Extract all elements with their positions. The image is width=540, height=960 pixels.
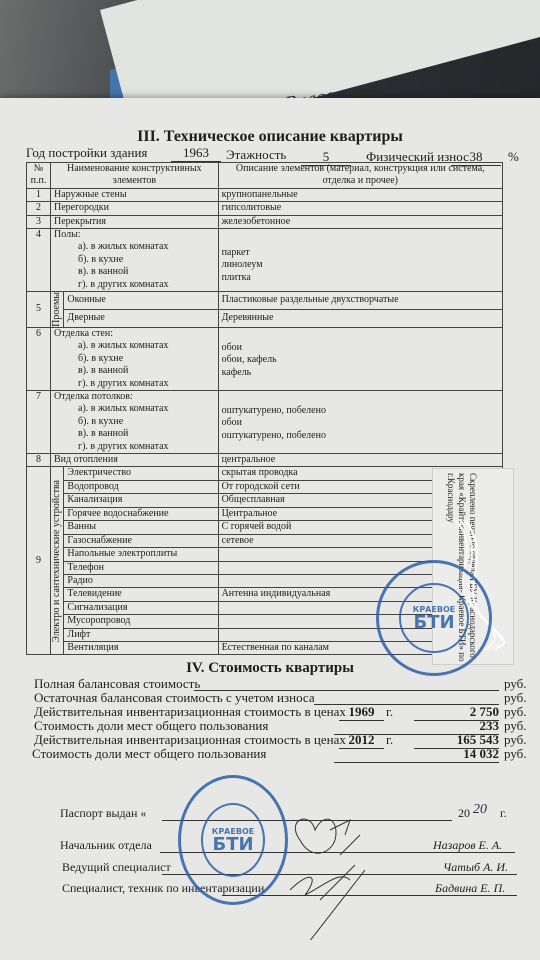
- sub-item: б). в кухне: [54, 353, 215, 365]
- passport-issued-line: Паспорт выдан « 20 20 г.: [60, 806, 146, 821]
- desc-item: линолеум: [222, 259, 499, 271]
- issued-label: Паспорт выдан «: [60, 806, 146, 820]
- header-name: Наименование конструктивных элементов: [51, 163, 219, 189]
- row-name: Отделка стен: а). в жилых комнатах б). в…: [51, 327, 219, 390]
- sub-item: г). в других комнатах: [54, 279, 215, 291]
- row-desc: железобетонное: [218, 215, 502, 228]
- row-name: Газоснабжение: [64, 534, 218, 547]
- row-name: Водопровод: [64, 481, 218, 494]
- sub-item: а). в жилых комнатах: [54, 241, 215, 253]
- sub-item: а). в жилых комнатах: [54, 403, 215, 415]
- bti-stamp-bottom: КРАЕВОЕ БТИ: [178, 775, 288, 905]
- row-desc: обои обои, кафель кафель: [218, 327, 502, 390]
- row-desc: гипсолитовые: [218, 202, 502, 215]
- header-desc: Описание элементов (материал, конструкци…: [218, 163, 502, 189]
- sub-item: а). в жилых комнатах: [54, 340, 215, 352]
- cost-label: Полная балансовая стоимость: [34, 676, 200, 691]
- row-desc: паркет линолеум плитка: [218, 229, 502, 292]
- row-desc: крупнопанельные: [218, 188, 502, 201]
- table-row: 1 Наружные стены крупнопанельные: [27, 188, 503, 201]
- wear-unit: %: [508, 149, 519, 165]
- row-desc: оштукатурено, побелено обои оштукатурено…: [218, 390, 502, 453]
- desc-item: плитка: [222, 272, 499, 284]
- row-name: Канализация: [64, 494, 218, 507]
- row-name: Наружные стены: [51, 188, 219, 201]
- row-name-text: Отделка стен:: [54, 328, 113, 339]
- signature-role: Начальник отдела: [60, 838, 152, 852]
- table-row-floors: 4 Полы: а). в жилых комнатах б). в кухне…: [27, 229, 503, 292]
- table-row: 2 Перегородки гипсолитовые: [27, 202, 503, 215]
- table-row: 3 Перекрытия железобетонное: [27, 215, 503, 228]
- table-row: Дверные Деревянные: [27, 309, 503, 327]
- table-row-openings: 5 Проемы Оконные Пластиковые раздельные …: [27, 292, 503, 310]
- cost-label: Стоимость доли мест общего пользования: [32, 746, 266, 761]
- signature-row: Начальник отдела Назаров Е. А.: [60, 838, 152, 853]
- row-name-text: Полы:: [54, 229, 81, 240]
- table-row-heating: 8 Вид отопления центральное: [27, 453, 503, 466]
- row-name: Полы: а). в жилых комнатах б). в кухне в…: [51, 229, 219, 292]
- row-num: 9: [27, 467, 51, 655]
- handwritten-signatures-icon: [280, 800, 390, 940]
- row-name: Лифт: [64, 628, 218, 641]
- row-name: Перекрытия: [51, 215, 219, 228]
- row-name: Радио: [64, 574, 218, 587]
- row-name: Вентиляция: [64, 641, 218, 654]
- signature-name: Назаров Е. А.: [433, 838, 502, 853]
- sub-item: б). в кухне: [54, 416, 215, 428]
- row-name: Оконные: [64, 292, 218, 310]
- sub-item: г). в других комнатах: [54, 441, 215, 453]
- row-num: 2: [27, 202, 51, 215]
- group-label-cell: Электро и сантехнические устройства: [51, 467, 64, 655]
- cost-label: Действительная инвентаризационная стоимо…: [34, 732, 346, 747]
- row-num: 5: [27, 292, 51, 328]
- desc-item: оштукатурено, побелено: [222, 430, 499, 442]
- sub-item: в). в ванной: [54, 365, 215, 377]
- row-num: 7: [27, 390, 51, 453]
- row-name: Дверные: [64, 309, 218, 327]
- row-name: Напольные электроплиты: [64, 548, 218, 561]
- table-row-ceilings: 7 Отделка потолков: а). в жилых комнатах…: [27, 390, 503, 453]
- row-desc: центральное: [218, 453, 502, 466]
- section4-title: IV. Стоимость квартиры: [0, 660, 540, 677]
- floors-label: Этажность: [226, 147, 286, 163]
- bti-stamp-right: КРАЕВОЕ БТИ: [376, 560, 492, 676]
- desc-item: паркет: [222, 247, 499, 259]
- row-name: Ванны: [64, 521, 218, 534]
- issued-year-prefix: 20: [458, 806, 470, 821]
- signature-name: Бадвина Е. П.: [435, 881, 505, 896]
- currency: руб.: [504, 746, 527, 762]
- signature-role: Ведущий специалист: [62, 860, 171, 874]
- row-num: 6: [27, 327, 51, 390]
- stamp-main-text: БТИ: [413, 614, 454, 632]
- row-name: Сигнализация: [64, 601, 218, 614]
- row-num: 4: [27, 229, 51, 292]
- table-row-walls: 6 Отделка стен: а). в жилых комнатах б).…: [27, 327, 503, 390]
- row-num: 3: [27, 215, 51, 228]
- desc-item: обои: [222, 342, 499, 354]
- row-num: 8: [27, 453, 51, 466]
- row-num: 1: [27, 188, 51, 201]
- group-label: Проемы: [51, 292, 63, 327]
- sub-item: в). в ванной: [54, 428, 215, 440]
- cost-label: Действительная инвентаризационная стоимо…: [34, 704, 346, 719]
- row-name: Отделка потолков: а). в жилых комнатах б…: [51, 390, 219, 453]
- group-label: Электро и сантехнические устройства: [51, 480, 63, 643]
- sub-item: г). в других комнатах: [54, 378, 215, 390]
- sub-item: б). в кухне: [54, 254, 215, 266]
- signature-row: Ведущий специалист Чатыб А. И.: [62, 860, 171, 875]
- header-num: № п.п.: [27, 163, 51, 189]
- group-label-cell: Проемы: [51, 292, 64, 328]
- row-name: Мусоропровод: [64, 615, 218, 628]
- desc-item: обои: [222, 417, 499, 429]
- cost-label: Стоимость доли мест общего пользования: [34, 718, 268, 733]
- cost-value: 14 032: [334, 746, 499, 763]
- row-name: Электричество: [64, 467, 218, 481]
- row-name-text: Отделка потолков:: [54, 391, 133, 402]
- cost-line: Стоимость доли мест общего пользования 1…: [32, 746, 266, 762]
- row-name: Горячее водоснабжение: [64, 507, 218, 520]
- desc-item: кафель: [222, 367, 499, 379]
- row-name: Вид отопления: [51, 453, 219, 466]
- section3-title: III. Техническое описание квартиры: [0, 128, 540, 146]
- desc-item: обои, кафель: [222, 354, 499, 366]
- cost-label: Остаточная балансовая стоимость с учетом…: [34, 690, 315, 705]
- table-header: № п.п. Наименование конструктивных элеме…: [27, 163, 503, 189]
- issued-year-handwritten: 20: [473, 802, 487, 818]
- row-name: Телефон: [64, 561, 218, 574]
- row-name: Телевидение: [64, 588, 218, 601]
- year-value: 1963: [171, 145, 221, 162]
- desc-item: оштукатурено, побелено: [222, 405, 499, 417]
- year-label: Год постройки здания: [26, 145, 147, 161]
- row-desc: Деревянные: [218, 309, 502, 327]
- sub-item: в). в ванной: [54, 266, 215, 278]
- signature-name: Чатыб А. И.: [443, 860, 508, 875]
- row-name: Перегородки: [51, 202, 219, 215]
- stamp-main-text: БТИ: [212, 836, 253, 854]
- issued-year-suffix: г.: [500, 806, 507, 821]
- row-desc: Пластиковые раздельные двухстворчатые: [218, 292, 502, 310]
